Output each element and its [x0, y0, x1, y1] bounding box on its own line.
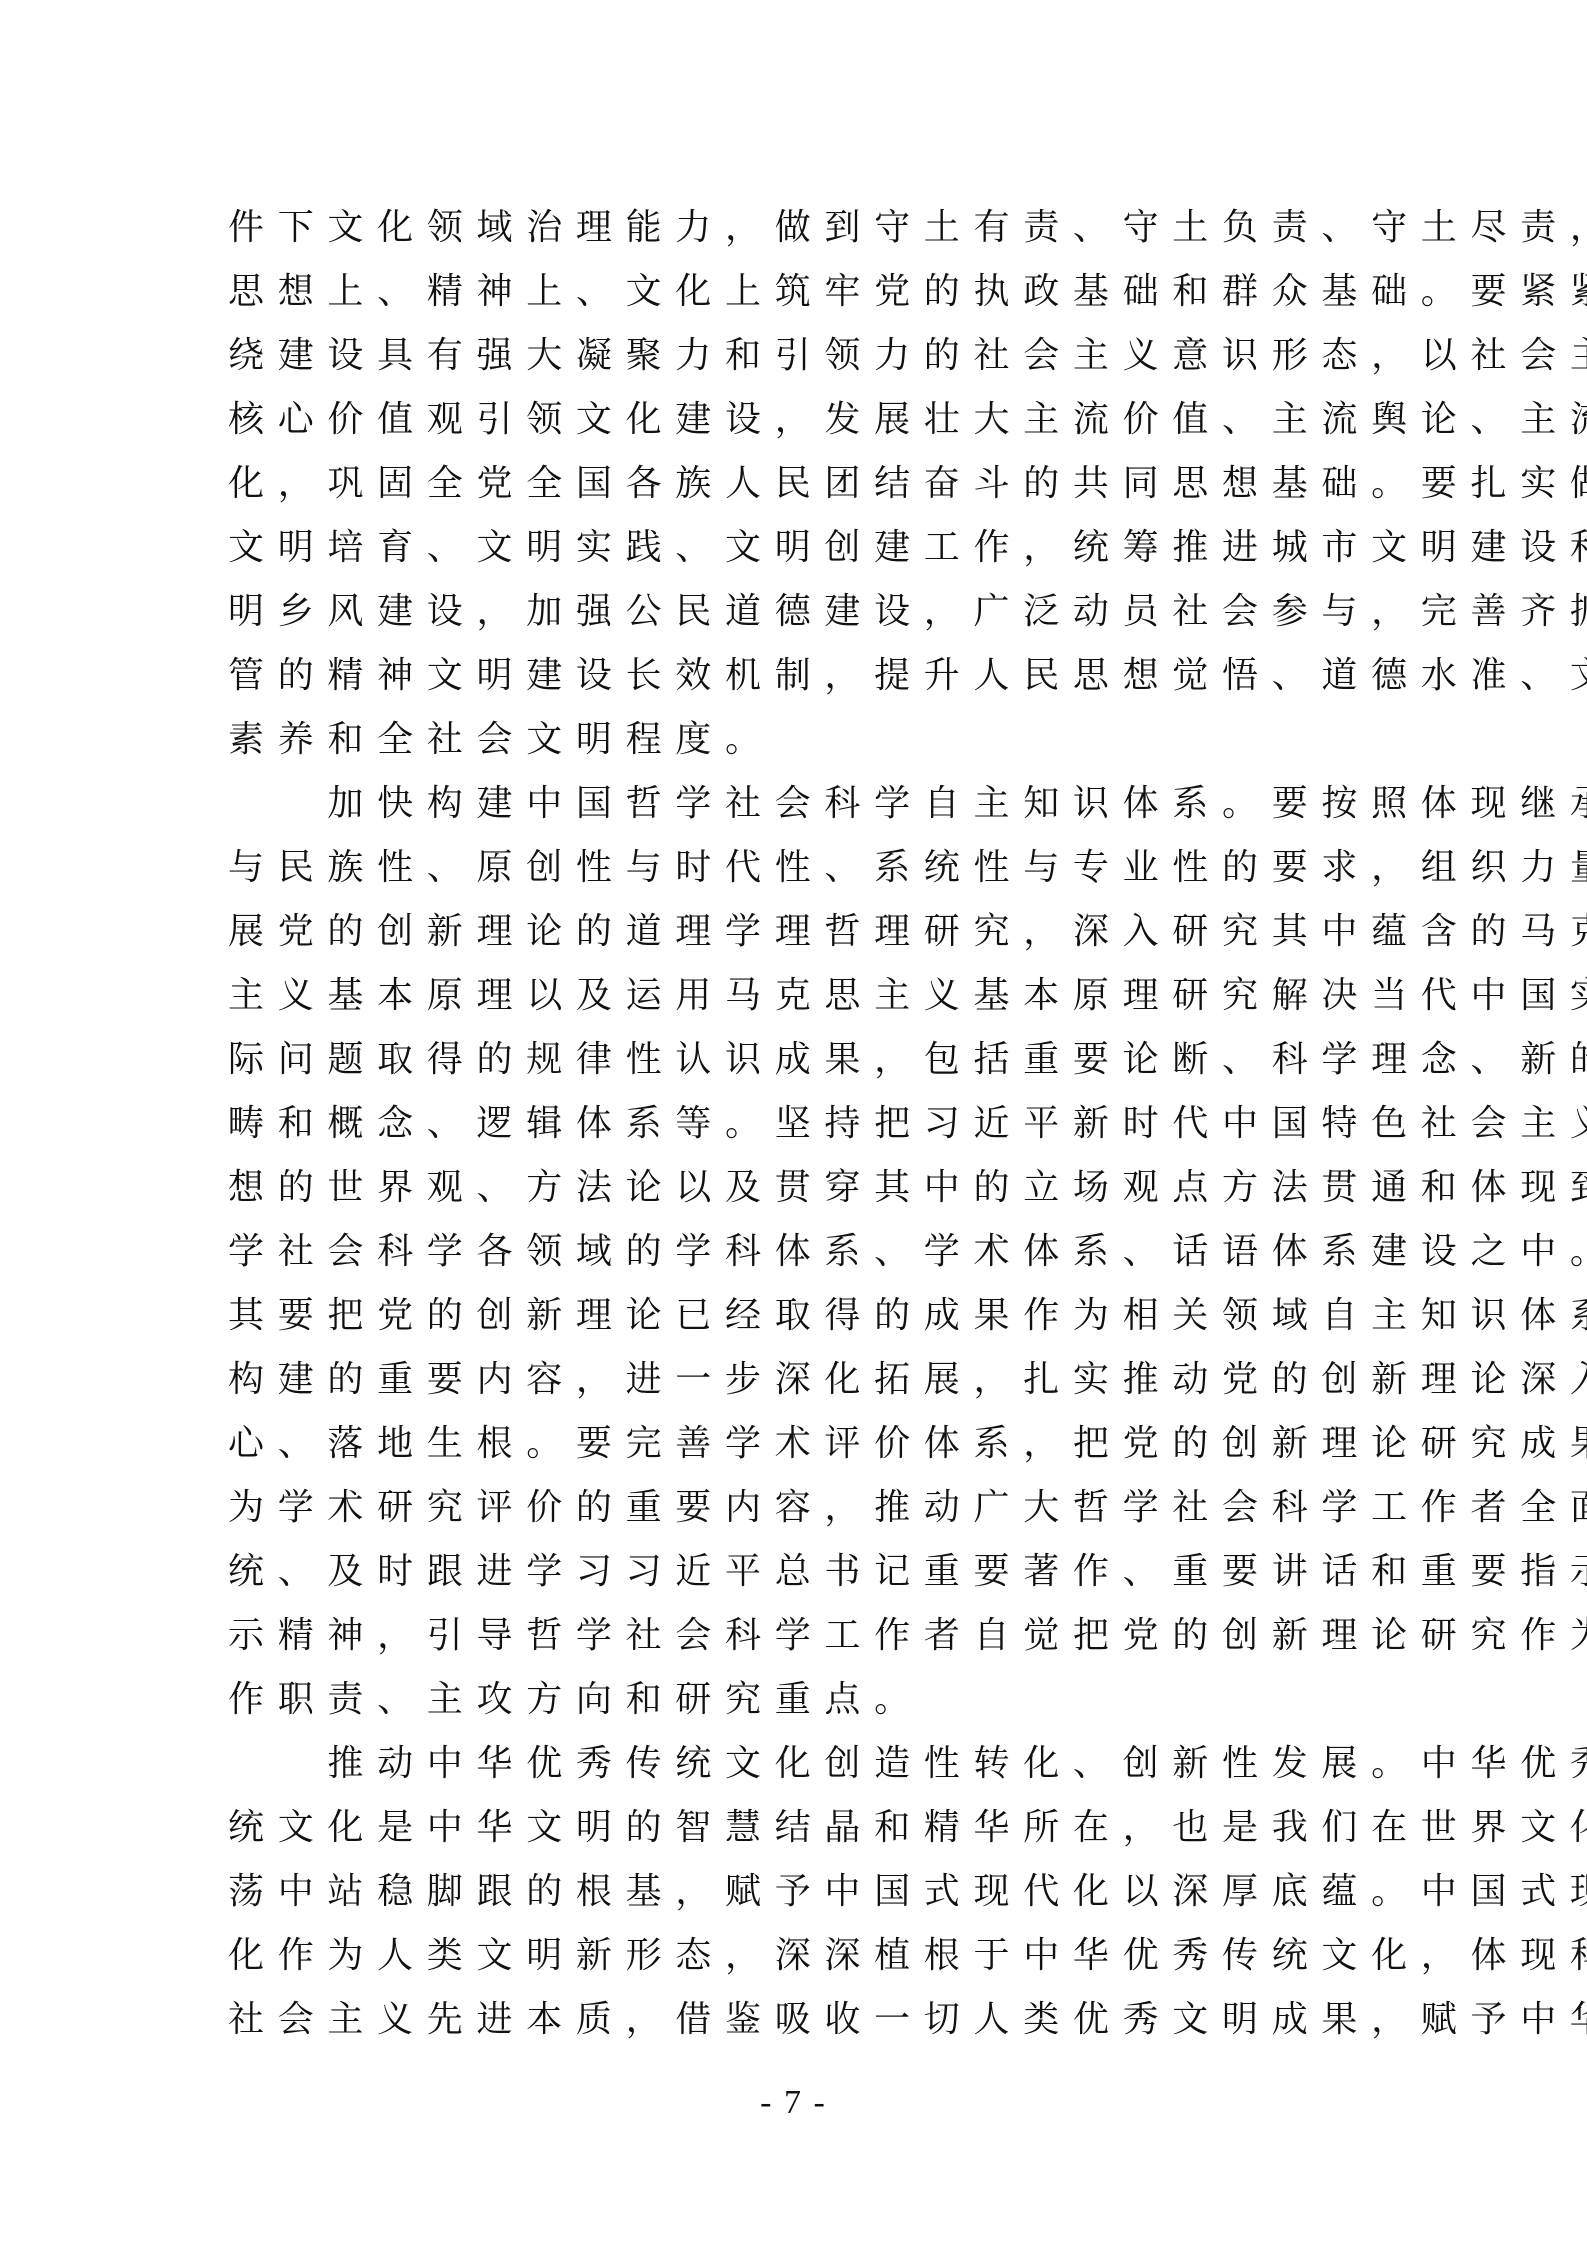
text-line: 化，巩固全党全国各族人民团结奋斗的共同思想基础。要扎实做好 — [228, 452, 1378, 516]
text-line: 思想上、精神上、文化上筑牢党的执政基础和群众基础。要紧紧围 — [228, 260, 1378, 324]
page-number: - 7 - — [0, 2084, 1587, 2122]
text-line: 件下文化领域治理能力，做到守土有责、守土负责、守土尽责，在 — [228, 196, 1378, 260]
text-line: 示精神，引导哲学社会科学工作者自觉把党的创新理论研究作为工 — [228, 1604, 1378, 1668]
text-line: 管的精神文明建设长效机制，提升人民思想觉悟、道德水准、文明 — [228, 644, 1378, 708]
paragraph-start-line: 推动中华优秀传统文化创造性转化、创新性发展。中华优秀传 — [228, 1732, 1378, 1796]
text-line: 化作为人类文明新形态，深深植根于中华优秀传统文化，体现科学 — [228, 1924, 1378, 1988]
text-line: 统文化是中华文明的智慧结晶和精华所在，也是我们在世界文化激 — [228, 1796, 1378, 1860]
text-line: 际问题取得的规律性认识成果，包括重要论断、科学理念、新的范 — [228, 1028, 1378, 1092]
text-line: 构建的重要内容，进一步深化拓展，扎实推动党的创新理论深入人 — [228, 1348, 1378, 1412]
text-line: 想的世界观、方法论以及贯穿其中的立场观点方法贯通和体现到哲 — [228, 1156, 1378, 1220]
text-line: 绕建设具有强大凝聚力和引领力的社会主义意识形态，以社会主义 — [228, 324, 1378, 388]
text-line: 作职责、主攻方向和研究重点。 — [228, 1668, 1378, 1732]
text-line: 为学术研究评价的重要内容，推动广大哲学社会科学工作者全面系 — [228, 1476, 1378, 1540]
text-line: 统、及时跟进学习习近平总书记重要著作、重要讲话和重要指示批 — [228, 1540, 1378, 1604]
text-line: 核心价值观引领文化建设，发展壮大主流价值、主流舆论、主流文 — [228, 388, 1378, 452]
text-line: 主义基本原理以及运用马克思主义基本原理研究解决当代中国实 — [228, 964, 1378, 1028]
body-text: 件下文化领域治理能力，做到守土有责、守土负责、守土尽责，在 思想上、精神上、文化… — [228, 196, 1378, 2052]
text-line: 与民族性、原创性与时代性、系统性与专业性的要求，组织力量开 — [228, 836, 1378, 900]
text-line: 学社会科学各领域的学科体系、学术体系、话语体系建设之中。尤 — [228, 1220, 1378, 1284]
text-line: 文明培育、文明实践、文明创建工作，统筹推进城市文明建设和文 — [228, 516, 1378, 580]
text-line: 明乡风建设，加强公民道德建设，广泛动员社会参与，完善齐抓共 — [228, 580, 1378, 644]
text-line: 畴和概念、逻辑体系等。坚持把习近平新时代中国特色社会主义思 — [228, 1092, 1378, 1156]
text-line: 其要把党的创新理论已经取得的成果作为相关领域自主知识体系 — [228, 1284, 1378, 1348]
paragraph-start-line: 加快构建中国哲学社会科学自主知识体系。要按照体现继承性 — [228, 772, 1378, 836]
text-line: 展党的创新理论的道理学理哲理研究，深入研究其中蕴含的马克思 — [228, 900, 1378, 964]
text-line: 心、落地生根。要完善学术评价体系，把党的创新理论研究成果作 — [228, 1412, 1378, 1476]
text-line: 荡中站稳脚跟的根基，赋予中国式现代化以深厚底蕴。中国式现代 — [228, 1860, 1378, 1924]
text-line: 素养和全社会文明程度。 — [228, 708, 1378, 772]
text-line: 社会主义先进本质，借鉴吸收一切人类优秀文明成果，赋予中华文 — [228, 1988, 1378, 2052]
document-page: 件下文化领域治理能力，做到守土有责、守土负责、守土尽责，在 思想上、精神上、文化… — [0, 0, 1587, 2245]
